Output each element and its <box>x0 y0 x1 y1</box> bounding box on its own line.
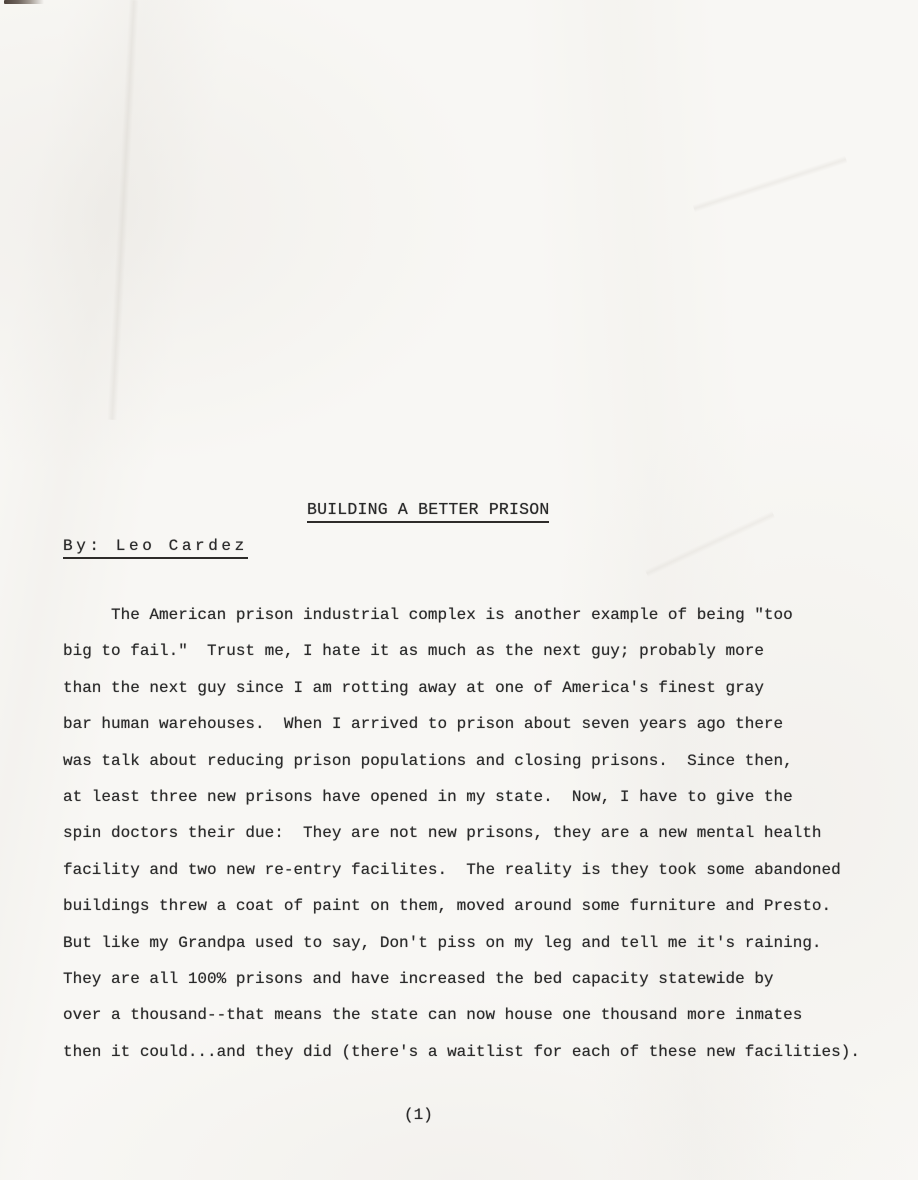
typed-line: than the next guy since I am rotting awa… <box>63 670 883 706</box>
typed-line: They are all 100% prisons and have incre… <box>63 961 883 997</box>
typed-line: spin doctors their due: They are not new… <box>63 815 883 851</box>
typed-line: then it could...and they did (there's a … <box>63 1034 883 1070</box>
typed-line: buildings threw a coat of paint on them,… <box>63 888 883 924</box>
typed-line: was talk about reducing prison populatio… <box>63 743 883 779</box>
paper-crease <box>645 511 775 577</box>
document-byline-row: By: Leo Cardez <box>63 537 248 559</box>
typed-line: over a thousand--that means the state ca… <box>63 997 883 1033</box>
typed-line: big to fail." Trust me, I hate it as muc… <box>63 633 883 669</box>
typed-line: bar human warehouses. When I arrived to … <box>63 706 883 742</box>
document-byline: By: Leo Cardez <box>63 537 248 559</box>
typed-line: The American prison industrial complex i… <box>63 597 883 633</box>
typed-line: But like my Grandpa used to say, Don't p… <box>63 925 883 961</box>
typed-line: facility and two new re-entry facilites.… <box>63 852 883 888</box>
document-body: The American prison industrial complex i… <box>63 597 883 1070</box>
scan-artifact-mark <box>4 0 44 4</box>
page-number: (1) <box>404 1106 433 1124</box>
typed-line: at least three new prisons have opened i… <box>63 779 883 815</box>
document-title-row: BUILDING A BETTER PRISON <box>307 500 549 523</box>
paper-crease <box>107 0 139 420</box>
document-title: BUILDING A BETTER PRISON <box>307 500 549 523</box>
paper-crease <box>693 155 848 212</box>
scanned-page: BUILDING A BETTER PRISON By: Leo Cardez … <box>0 0 918 1180</box>
